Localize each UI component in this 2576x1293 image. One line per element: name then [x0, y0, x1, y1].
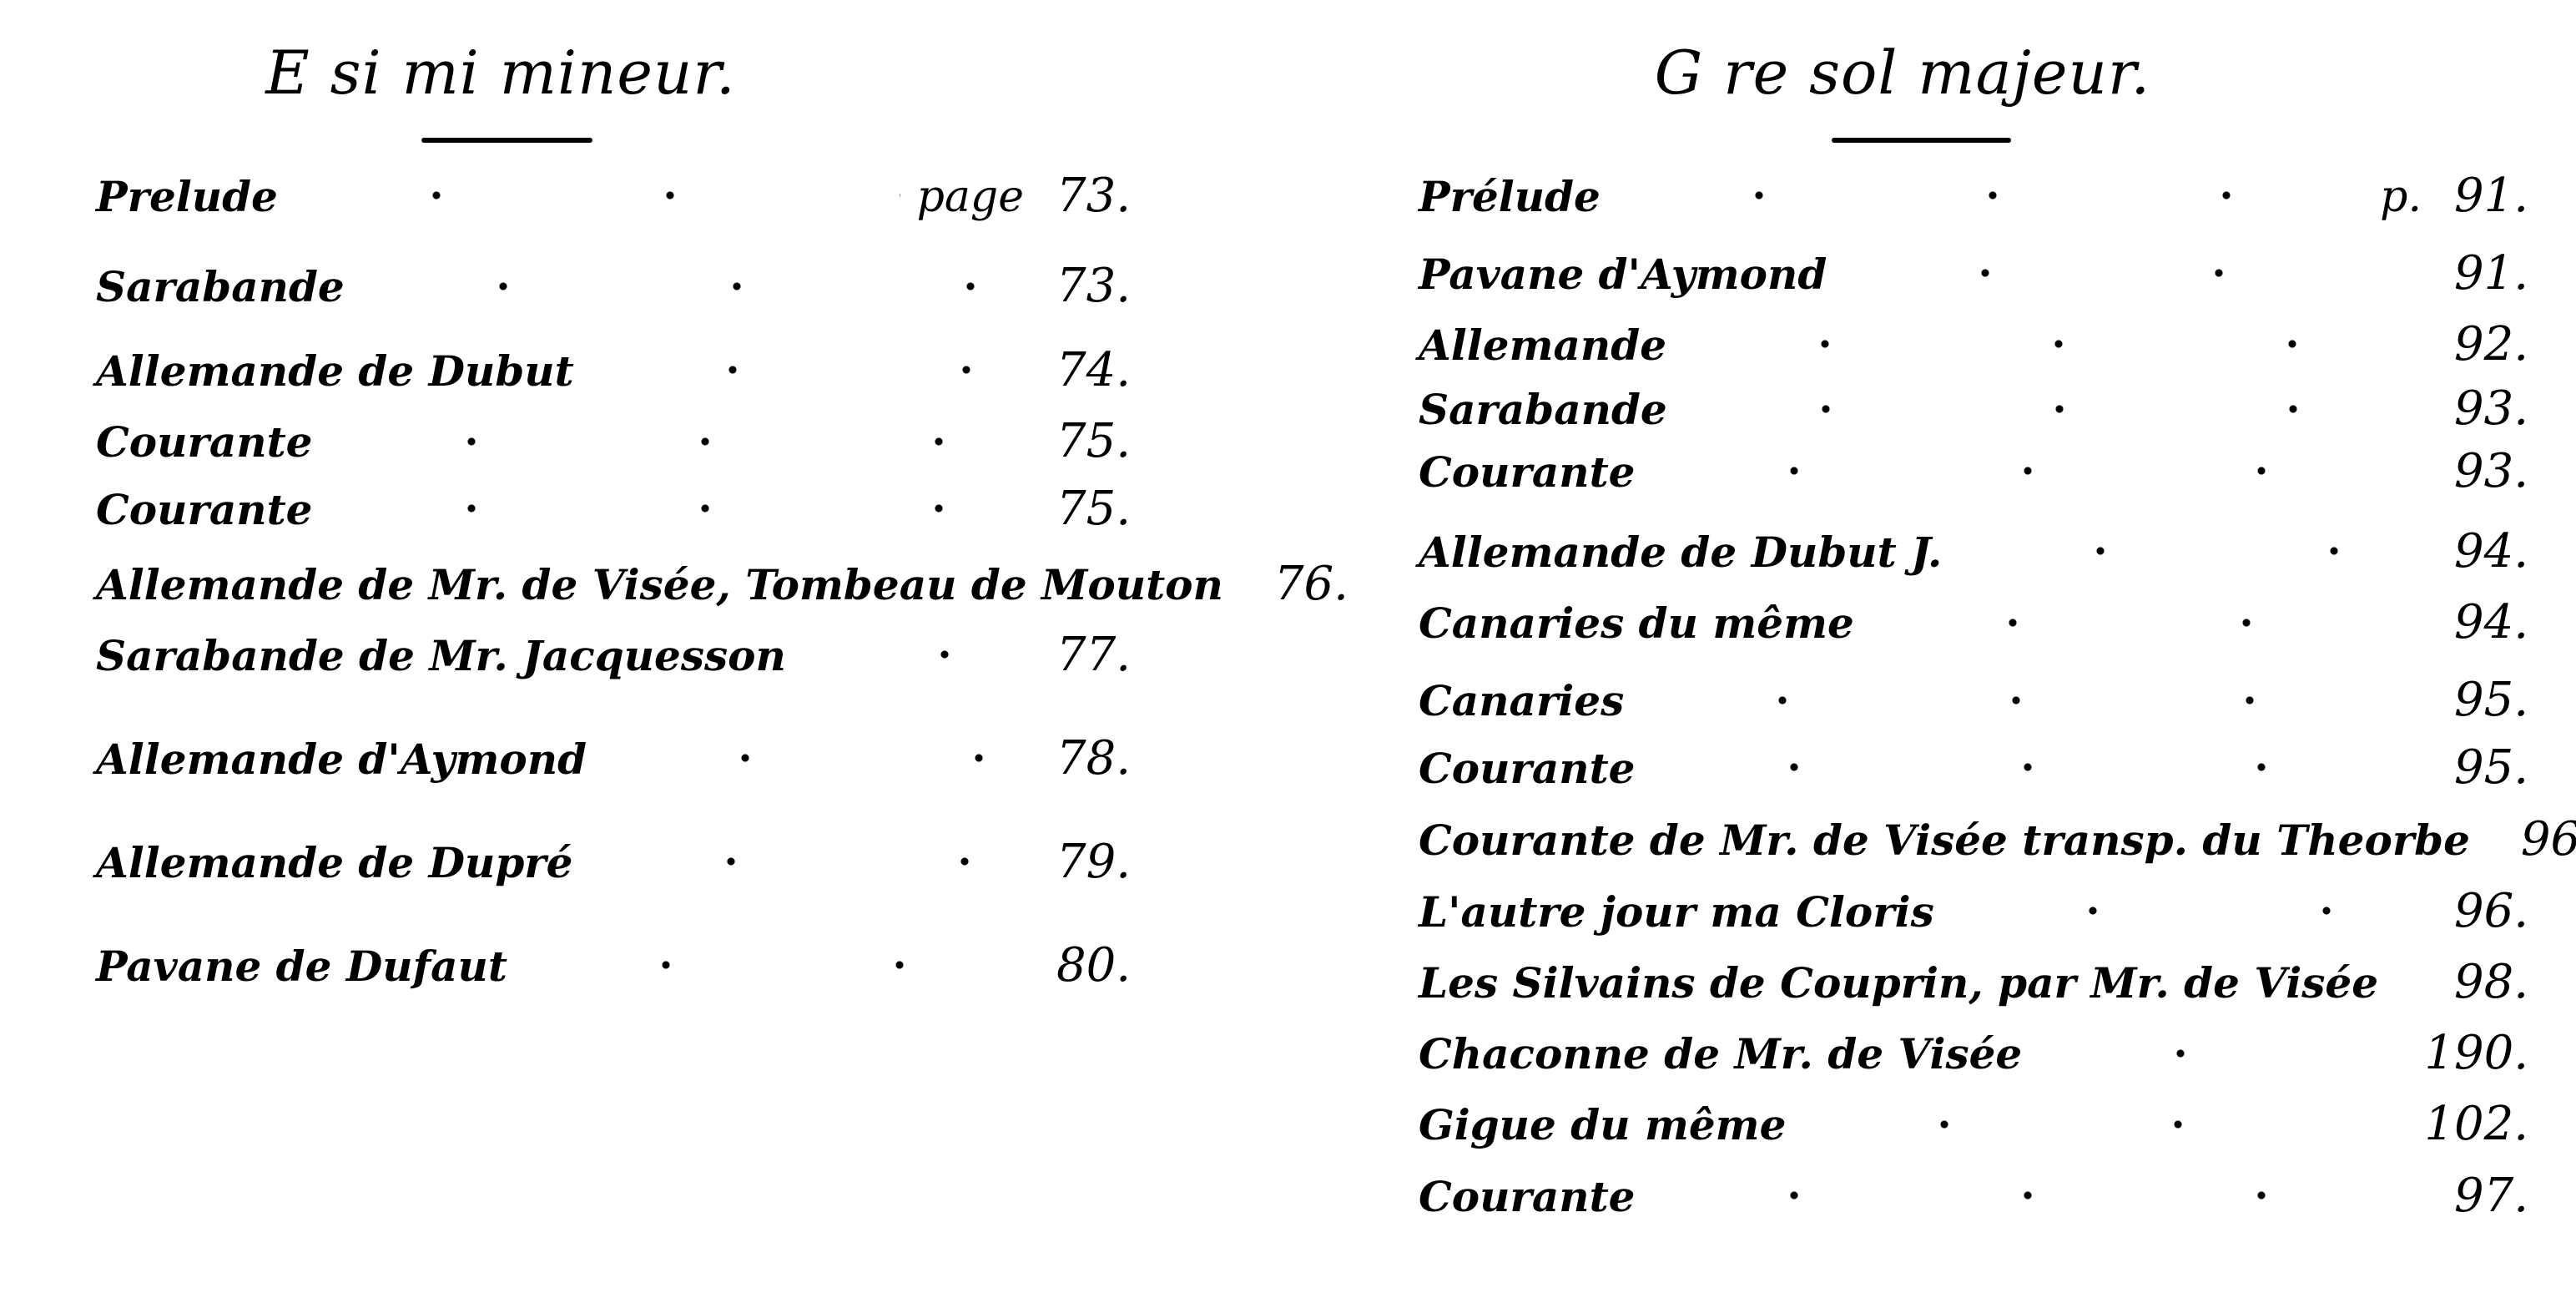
page-prefix: p.	[2380, 172, 2422, 222]
entry-title: Courante de Mr. de Visée transp. du Theo…	[1419, 816, 2470, 865]
index-entry: Allemande de Dubut J.94.	[1419, 524, 2528, 578]
index-entry: Courante93.	[1419, 444, 2528, 498]
entry-page-number: 95.	[2437, 740, 2528, 795]
entry-title: Pavane de Dufaut	[96, 942, 507, 991]
entry-title: Courante	[96, 417, 313, 467]
index-entry: Preludepage73.	[96, 169, 1131, 223]
index-entry: Allemande de Dubut74.	[96, 343, 1131, 397]
entry-title: L'autre jour ma Cloris	[1419, 887, 1934, 937]
left-heading-underline	[421, 138, 592, 143]
entry-title: Allemande d'Aymond	[96, 735, 587, 784]
entry-page-number: 80.	[1039, 938, 1131, 992]
dot-leader	[330, 503, 1023, 513]
entry-page-number: 98.	[2437, 955, 2528, 1009]
entry-page-number: 77.	[1039, 628, 1131, 682]
index-entry: Allemande d'Aymond78.	[96, 731, 1131, 785]
dot-leader	[361, 281, 1022, 291]
entry-page-number: 75.	[1039, 482, 1131, 536]
dot-leader	[1802, 1119, 2407, 1129]
entry-title: Pavane d'Aymond	[1419, 250, 1827, 299]
entry-page-number: 97.	[2437, 1169, 2528, 1223]
dot-leader	[1843, 268, 2420, 278]
index-entry: Allemande de Mr. de Visée, Tombeau de Mo…	[96, 557, 1131, 611]
entry-page-number: 91.	[2437, 246, 2528, 301]
index-entry: Chaconne de Mr. de Visée190.	[1419, 1026, 2528, 1080]
entry-title: Allemande de Dubut	[96, 346, 574, 396]
dot-leader	[2039, 1048, 2407, 1058]
entry-page-number: 73.	[1039, 169, 1131, 223]
index-entry: Canaries95.	[1419, 673, 2528, 727]
entry-page-number: 92.	[2437, 317, 2528, 371]
entry-title: Chaconne de Mr. de Visée	[1419, 1029, 2022, 1078]
dot-leader	[1871, 618, 2420, 628]
entry-title: Canaries du même	[1419, 599, 1854, 648]
entry-title: Gigue du même	[1419, 1100, 1786, 1149]
entry-page-number: 190.	[2424, 1026, 2528, 1080]
left-page-heading: E si mi mineur.	[265, 38, 736, 108]
entry-page-number: 95.	[2437, 673, 2528, 727]
dot-leader	[1958, 546, 2420, 556]
entry-page-number: 93.	[2437, 381, 2528, 436]
entry-page-number: 94.	[2437, 595, 2528, 649]
entry-title: Les Silvains de Couprin, par Mr. de Visé…	[1419, 958, 2378, 1008]
dot-leader	[1652, 1190, 2421, 1200]
dot-leader	[2395, 977, 2420, 987]
entry-title: Prelude	[96, 172, 278, 221]
dot-leader	[1652, 762, 2421, 772]
right-page-heading: G re sol majeur.	[1655, 38, 2150, 108]
entry-title: Courante	[1419, 447, 1636, 497]
index-entry: Courante97.	[1419, 1169, 2528, 1223]
page-prefix: page	[917, 172, 1024, 222]
entry-page-number: 96.	[2503, 812, 2576, 866]
right-page: G re sol majeur. Préludep.91.Pavane d'Ay…	[1335, 0, 2576, 1293]
index-entry: Canaries du même94.	[1419, 595, 2528, 649]
dot-leader	[1684, 404, 2420, 414]
index-entry: Gigue du même102.	[1419, 1097, 2528, 1151]
entry-title: Courante	[1419, 1172, 1636, 1221]
entry-title: Allemande de Dupré	[96, 838, 572, 887]
index-entry: Courante95.	[1419, 740, 2528, 795]
entry-title: Canaries	[1419, 676, 1624, 725]
entry-page-number: 93.	[2437, 444, 2528, 498]
index-entry: Sarabande93.	[1419, 381, 2528, 436]
entry-page-number: 73.	[1039, 259, 1131, 313]
index-entry: Allemande92.	[1419, 317, 2528, 371]
dot-leader	[1683, 339, 2420, 349]
index-entry: Courante75.	[96, 414, 1131, 468]
index-entry: Pavane de Dufaut80.	[96, 938, 1131, 992]
entry-page-number: 91.	[2437, 169, 2528, 223]
entry-title: Prélude	[1419, 172, 1601, 221]
index-entry: Sarabande de Mr. Jacquesson77.	[96, 628, 1131, 682]
entry-page-number: 79.	[1039, 835, 1131, 889]
dot-leader	[524, 960, 1022, 970]
dot-leader	[1617, 190, 2363, 200]
entry-page-number: 96.	[2437, 884, 2528, 938]
entry-title: Sarabande	[96, 262, 345, 311]
entry-page-number: 102.	[2424, 1097, 2528, 1151]
entry-page-number: 94.	[2437, 524, 2528, 578]
entry-title: Sarabande	[1419, 385, 1667, 434]
dot-leader	[1951, 906, 2420, 916]
index-entry: Préludep.91.	[1419, 169, 2528, 223]
dot-leader	[589, 856, 1022, 866]
index-entry: Courante de Mr. de Visée transp. du Theo…	[1419, 812, 2528, 866]
entry-title: Courante	[1419, 744, 1636, 793]
index-entry: Courante75.	[96, 482, 1131, 536]
index-entry: Allemande de Dupré79.	[96, 835, 1131, 889]
dot-leader	[603, 753, 1022, 763]
index-entry: Pavane d'Aymond91.	[1419, 246, 2528, 301]
dot-leader	[591, 365, 1022, 375]
dot-leader	[803, 649, 1022, 659]
left-page: E si mi mineur. Preludepage73.Sarabande7…	[0, 0, 1252, 1293]
index-entry: Les Silvains de Couprin, par Mr. de Visé…	[1419, 955, 2528, 1009]
index-entry: Sarabande73.	[96, 259, 1131, 313]
entry-page-number: 74.	[1039, 343, 1131, 397]
entry-page-number: 78.	[1039, 731, 1131, 785]
dot-leader	[295, 190, 900, 200]
entry-page-number: 75.	[1039, 414, 1131, 468]
entry-title: Allemande de Dubut J.	[1419, 528, 1942, 577]
entry-title: Allemande	[1419, 321, 1666, 370]
right-heading-underline	[1832, 138, 2011, 143]
dot-leader	[330, 437, 1023, 447]
entry-title: Courante	[96, 485, 313, 534]
dot-leader	[1641, 695, 2420, 705]
index-entry: L'autre jour ma Cloris96.	[1419, 884, 2528, 938]
entry-title: Allemande de Mr. de Visée, Tombeau de Mo…	[96, 560, 1223, 609]
dot-leader	[1652, 466, 2421, 476]
entry-title: Sarabande de Mr. Jacquesson	[96, 631, 786, 680]
